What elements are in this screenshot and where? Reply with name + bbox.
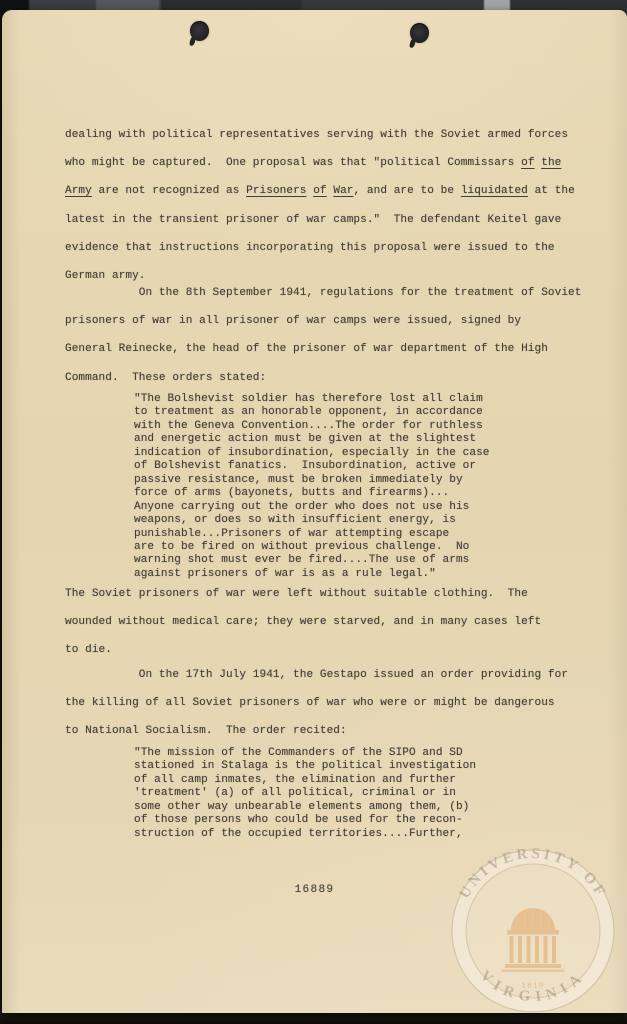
- rotunda-building-icon: [502, 908, 565, 972]
- text-line: Army are not recognized as Prisoners of …: [65, 177, 575, 205]
- text-line: indication of insubordination, especiall…: [134, 447, 490, 460]
- blockquote-reinecke-orders: "The Bolshevist soldier has therefore lo…: [134, 393, 490, 581]
- punch-hole-left: [190, 21, 209, 41]
- text-line: stationed in Stalaga is the political in…: [134, 760, 476, 773]
- text-line: some other way unbearable elements among…: [134, 801, 476, 814]
- text-line: On the 8th September 1941, regulations f…: [65, 279, 581, 307]
- text-line: latest in the transient prisoner of war …: [65, 206, 575, 234]
- text-line: to treatment as an honorable opponent, i…: [134, 406, 490, 419]
- text-line: wounded without medical care; they were …: [65, 608, 541, 636]
- text-line: who might be captured. One proposal was …: [65, 149, 575, 177]
- text-line: On the 17th July 1941, the Gestapo issue…: [65, 661, 568, 689]
- text-line: force of arms (bayonets, butts and firea…: [134, 487, 490, 500]
- text-line: Command. These orders stated:: [65, 364, 581, 392]
- text-line: 'treatment' (a) of all political, crimin…: [134, 787, 476, 800]
- text-line: punishable...Prisoners of war attempting…: [134, 528, 490, 541]
- text-line: dealing with political representatives s…: [65, 121, 575, 149]
- punch-hole-right: [410, 23, 429, 43]
- text-line: and energetic action must be given at th…: [134, 433, 490, 446]
- text-line: General Reinecke, the head of the prison…: [65, 335, 581, 363]
- blockquote-sipo-sd-mission: "The mission of the Commanders of the SI…: [134, 747, 476, 841]
- seal-year-text: 1819: [522, 980, 545, 990]
- text-line: to National Socialism. The order recited…: [65, 717, 568, 745]
- paragraph-september-regulations: On the 8th September 1941, regulations f…: [65, 279, 581, 392]
- paragraph-soviet-prisoners-left: The Soviet prisoners of war were left wi…: [65, 580, 541, 665]
- seal-outer-rule: [452, 850, 614, 1012]
- text-line: struction of the occupied territories...…: [134, 828, 476, 841]
- paragraph-gestapo-order: On the 17th July 1941, the Gestapo issue…: [65, 661, 568, 746]
- paragraph-captured-commissars: dealing with political representatives s…: [65, 121, 575, 290]
- text-line: passive resistance, must be broken immed…: [134, 474, 490, 487]
- text-line: The Soviet prisoners of war were left wi…: [65, 580, 541, 608]
- seal-ring-band: [459, 857, 607, 1005]
- university-of-virginia-seal-watermark: UNIVERSITY OF VIRGINIA 1819: [449, 847, 617, 1015]
- document-paper: dealing with political representatives s…: [2, 10, 627, 1013]
- page-number: 16889: [2, 884, 627, 896]
- scanned-document-page: dealing with political representatives s…: [0, 0, 627, 1024]
- text-line: Anyone carrying out the order who does n…: [134, 501, 490, 514]
- text-line: "The mission of the Commanders of the SI…: [134, 747, 476, 760]
- text-line: of those persons who could be used for t…: [134, 814, 476, 827]
- text-line: evidence that instructions incorporating…: [65, 234, 575, 262]
- text-line: "The Bolshevist soldier has therefore lo…: [134, 393, 490, 406]
- text-line: prisoners of war in all prisoner of war …: [65, 307, 581, 335]
- text-line: of all camp inmates, the elimination and…: [134, 774, 476, 787]
- text-line: with the Geneva Convention....The order …: [134, 420, 490, 433]
- text-line: the killing of all Soviet prisoners of w…: [65, 689, 568, 717]
- text-line: are to be fired on without previous chal…: [134, 541, 490, 554]
- text-line: weapons, or does so with insufficient en…: [134, 514, 490, 527]
- seal-arc-bottom-text: VIRGINIA: [477, 968, 589, 1006]
- text-line: warning shot must ever be fired....The u…: [134, 554, 490, 567]
- text-line: of Bolshevist fanatics. Insubordination,…: [134, 460, 490, 473]
